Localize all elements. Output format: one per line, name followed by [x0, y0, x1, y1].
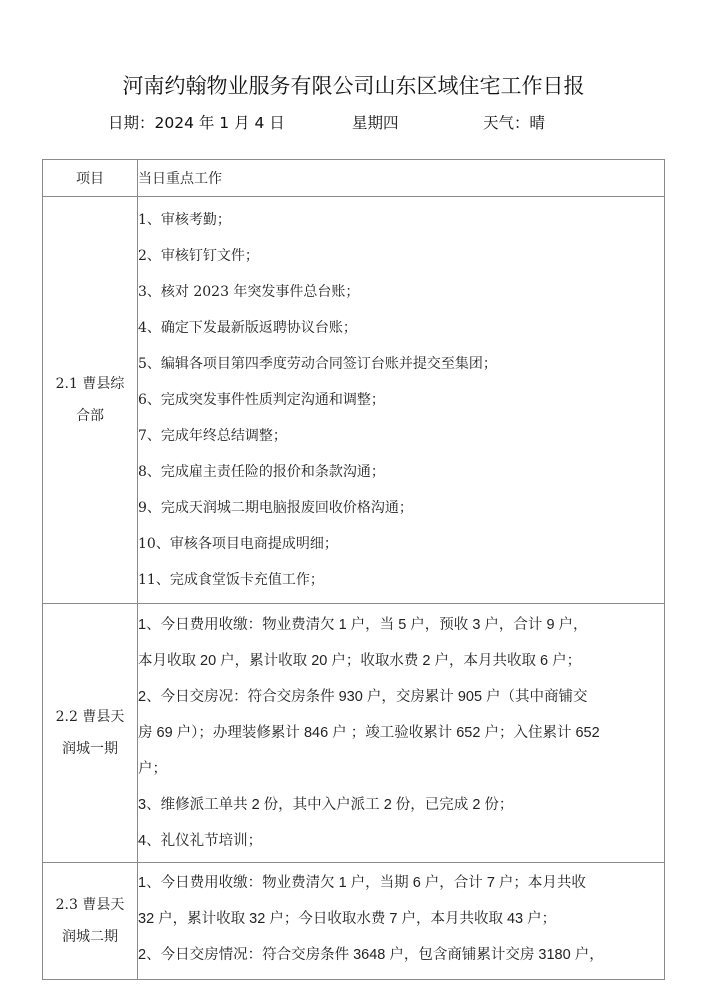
column-header-project: 项目	[43, 160, 138, 197]
table-header-row: 项目 当日重点工作	[43, 160, 665, 197]
work-cell: 1、今日费用收缴：物业费清欠 1 户，当期 6 户，合计 7 户；本月共收 32…	[138, 863, 665, 980]
table-row: 2.2 曹县天 润城一期 1、今日费用收缴：物业费清欠 1 户，当 5 户，预收…	[43, 604, 665, 863]
work-item: 4、确定下发最新版返聘协议台账；	[138, 310, 664, 346]
report-date: 日期：2024 年 1 月 4 日	[108, 111, 285, 133]
work-item: 9、完成天润城二期电脑报废回收价格沟通；	[138, 490, 664, 526]
work-item: 1、今日费用收缴：物业费清欠 1 户，当期 6 户，合计 7 户；本月共收	[138, 865, 664, 901]
work-item: 5、编辑各项目第四季度劳动合同签订台账并提交至集团；	[138, 346, 664, 382]
work-item: 房 69 户）；办理装修累计 846 户 ；竣工验收累计 652 户；入住累计 …	[138, 715, 664, 751]
work-item: 8、完成雇主责任险的报价和条款沟通；	[138, 454, 664, 490]
work-cell: 1、审核考勤； 2、审核钉钉文件； 3、核对 2023 年突发事件总台账； 4、…	[138, 197, 665, 604]
project-name-line: 2.3 曹县天	[43, 889, 137, 921]
report-title: 河南约翰物业服务有限公司山东区域住宅工作日报	[0, 70, 707, 100]
daily-report-table: 项目 当日重点工作 2.1 曹县综 合部 1、审核考勤； 2、审核钉钉文件； 3…	[42, 159, 665, 980]
column-header-key-work: 当日重点工作	[138, 160, 665, 197]
work-item: 6、完成突发事件性质判定沟通和调整；	[138, 382, 664, 418]
project-name-line: 2.2 曹县天	[43, 701, 137, 733]
work-item: 3、核对 2023 年突发事件总台账；	[138, 274, 664, 310]
project-name-line: 2.1 曹县综	[43, 368, 137, 400]
table-row: 2.1 曹县综 合部 1、审核考勤； 2、审核钉钉文件； 3、核对 2023 年…	[43, 197, 665, 604]
work-item: 2、审核钉钉文件；	[138, 238, 664, 274]
project-cell: 2.1 曹县综 合部	[43, 197, 138, 604]
project-name-line: 合部	[43, 400, 137, 432]
work-item: 2、今日交房情况：符合交房条件 3648 户，包含商铺累计交房 3180 户，	[138, 937, 664, 973]
project-name-line: 润城二期	[43, 921, 137, 953]
work-item: 本月收取 20 户，累计收取 20 户；收取水费 2 户，本月共收取 6 户；	[138, 643, 664, 679]
work-cell: 1、今日费用收缴：物业费清欠 1 户，当 5 户，预收 3 户，合计 9 户， …	[138, 604, 665, 863]
table-row: 2.3 曹县天 润城二期 1、今日费用收缴：物业费清欠 1 户，当期 6 户，合…	[43, 863, 665, 980]
work-item: 4、礼仪礼节培训；	[138, 823, 664, 859]
work-item: 1、今日费用收缴：物业费清欠 1 户，当 5 户，预收 3 户，合计 9 户，	[138, 607, 664, 643]
work-item: 2、今日交房况：符合交房条件 930 户，交房累计 905 户（其中商铺交	[138, 679, 664, 715]
work-item: 10、审核各项目电商提成明细；	[138, 526, 664, 562]
work-item: 户；	[138, 751, 664, 787]
project-cell: 2.2 曹县天 润城一期	[43, 604, 138, 863]
work-item: 7、完成年终总结调整；	[138, 418, 664, 454]
project-name-line: 润城一期	[43, 733, 137, 765]
report-weather: 天气：晴	[483, 111, 545, 133]
work-item: 3、维修派工单共 2 份，其中入户派工 2 份，已完成 2 份；	[138, 787, 664, 823]
report-weekday: 星期四	[352, 111, 399, 133]
work-item: 1、审核考勤；	[138, 202, 664, 238]
work-item: 11、完成食堂饭卡充值工作；	[138, 562, 664, 598]
work-item: 32 户，累计收取 32 户；今日收取水费 7 户，本月共收取 43 户；	[138, 901, 664, 937]
project-cell: 2.3 曹县天 润城二期	[43, 863, 138, 980]
